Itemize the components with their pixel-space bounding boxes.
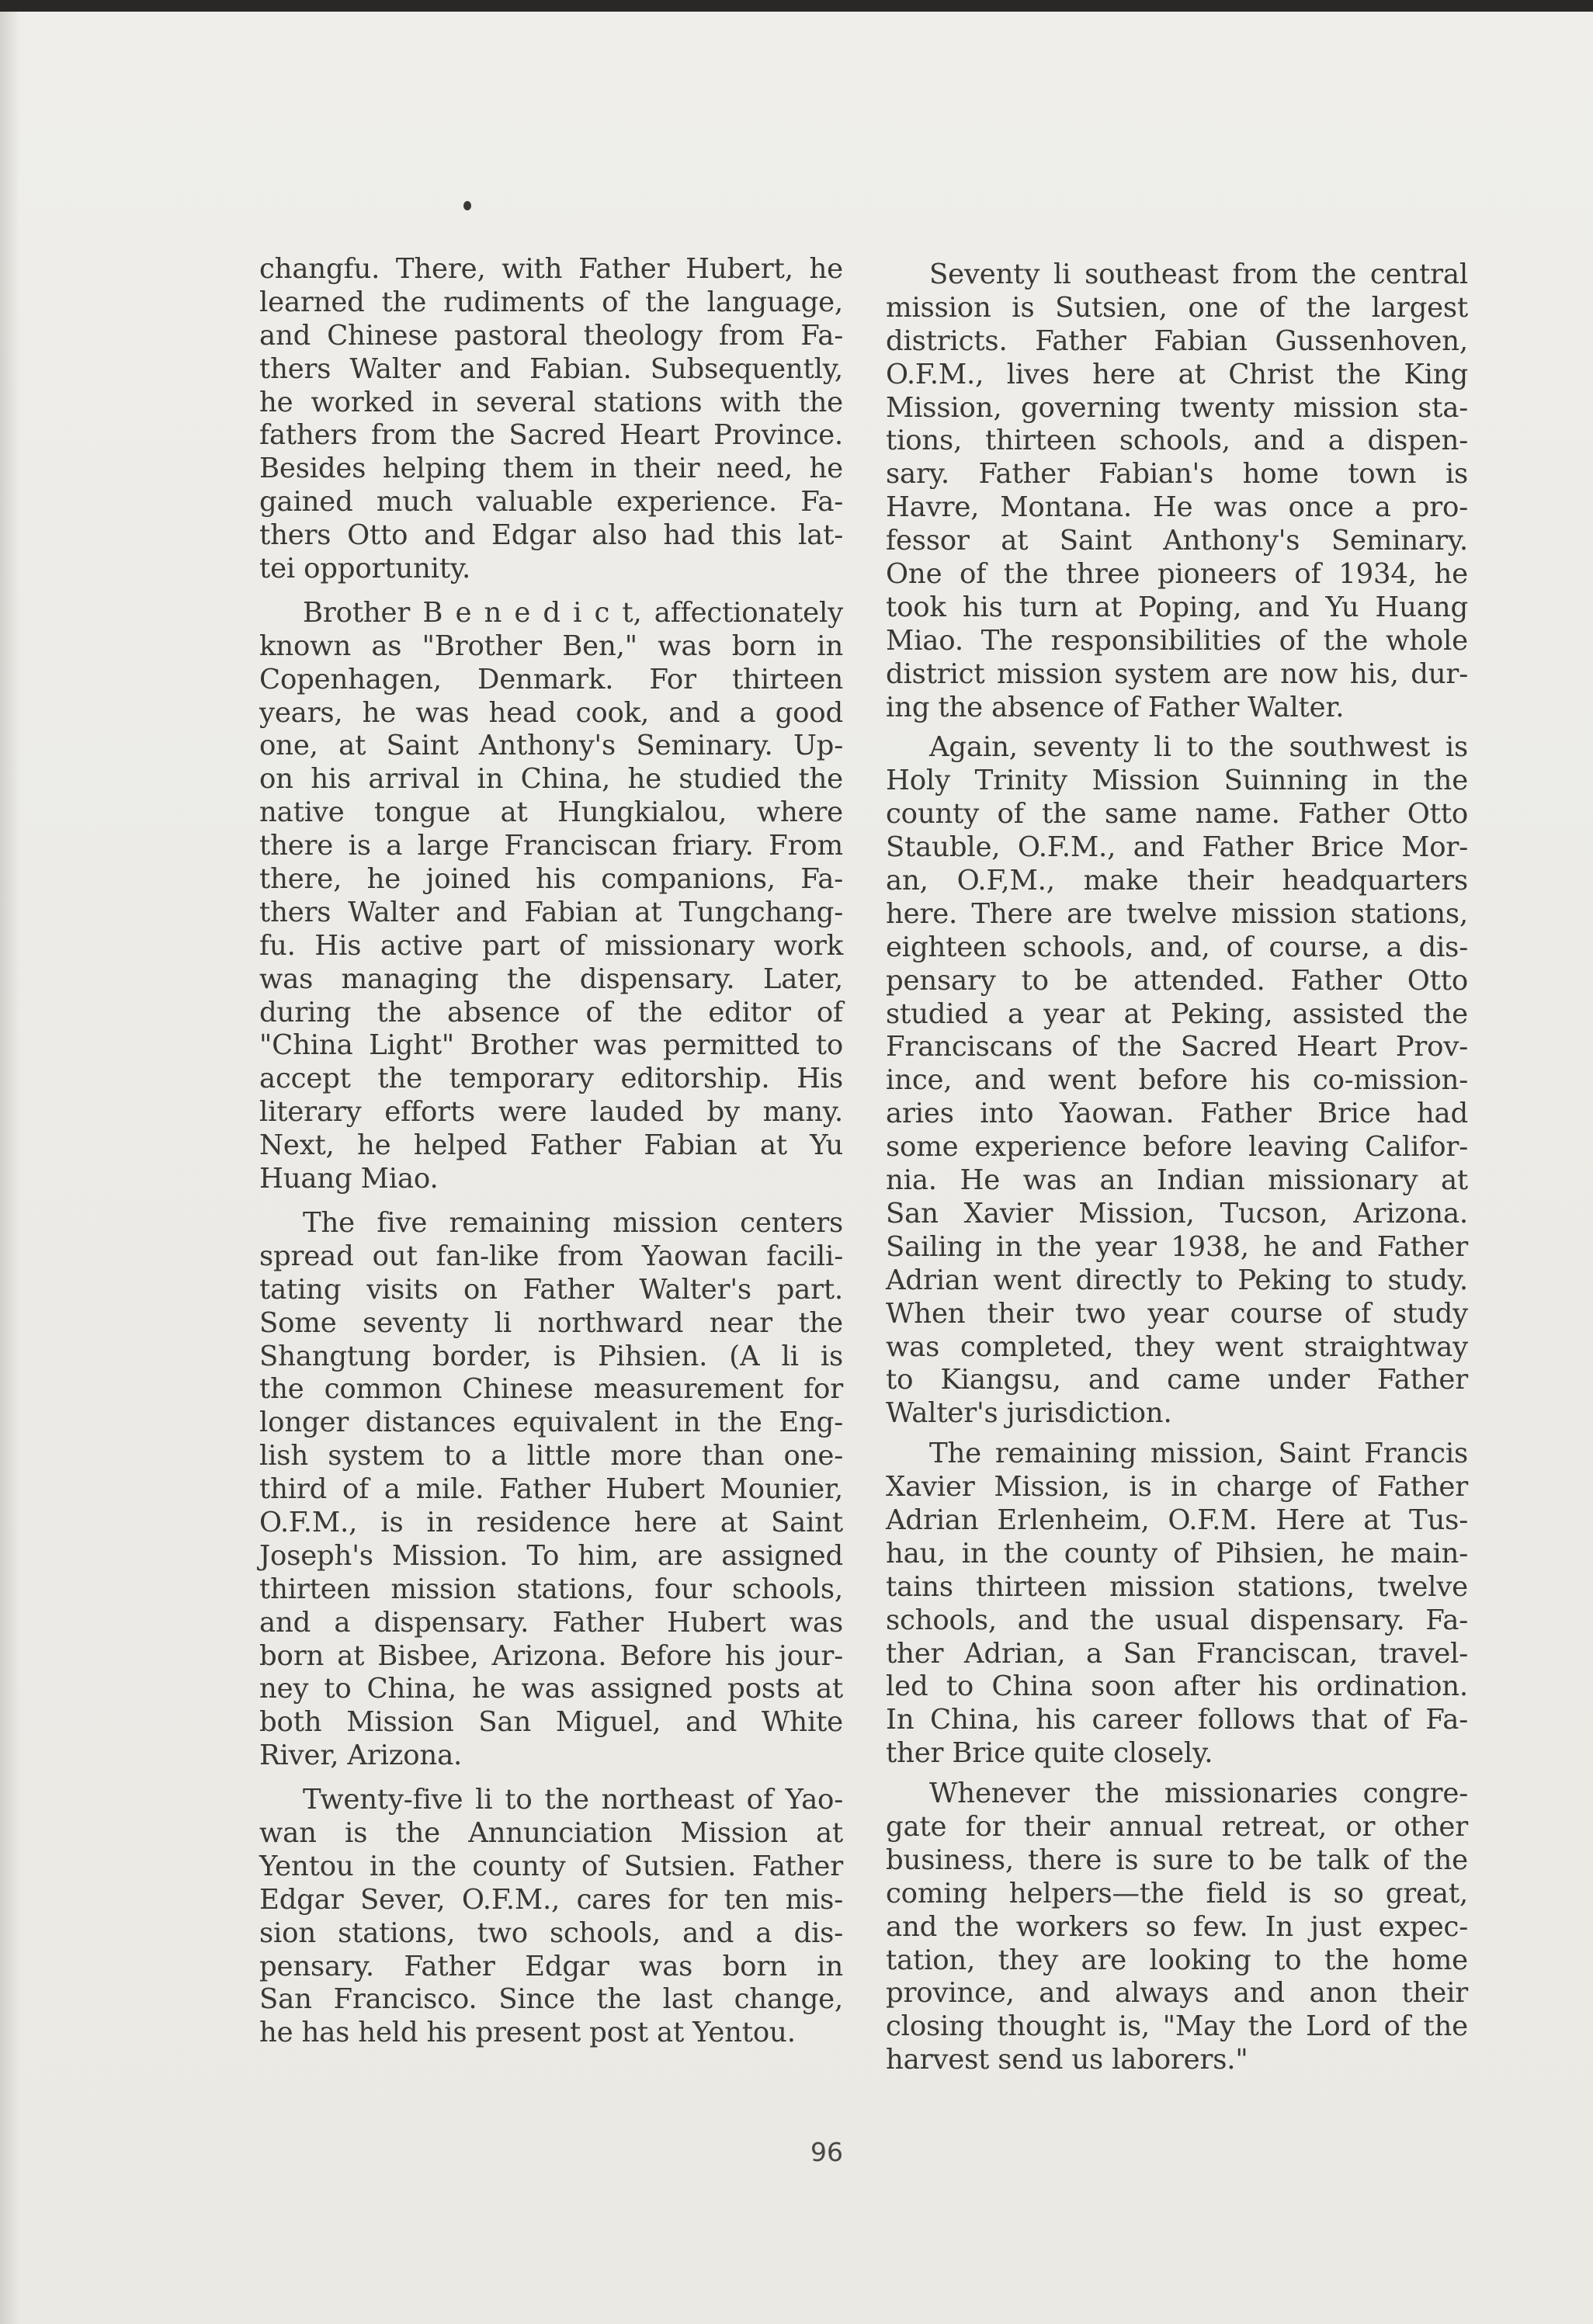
text-line: tation, they are looking to the home [886,1944,1468,1978]
text-line: mission is Sutsien, one of the largest [886,292,1468,325]
text-line: Sailing in the year 1938, he and Father [886,1231,1468,1264]
text-line: tating visits on Father Walter's part. [259,1274,843,1307]
text-line: Next, he helped Father Fabian at Yu [259,1129,843,1163]
text-line: one, at Saint Anthony's Seminary. Up- [259,730,843,763]
text-line: nia. He was an Indian missionary at [886,1164,1468,1198]
text-line: Adrian Erlenheim, O.F.M. Here at Tus- [886,1504,1468,1538]
text-line: Seventy li southeast from the central [886,258,1468,292]
text-line: on his arrival in China, he studied the [259,763,843,796]
text-line: business, there is sure to be talk of th… [886,1844,1468,1878]
text-line: San Xavier Mission, Tucson, Arizona. [886,1198,1468,1231]
text-line: Havre, Montana. He was once a pro- [886,491,1468,525]
text-line: thirteen mission stations, four schools, [259,1573,843,1607]
text-line: gate for their annual retreat, or other [886,1811,1468,1844]
text-line: Twenty-five li to the northeast of Yao- [259,1784,843,1817]
text-line: an, O.F,M., make their headquarters [886,865,1468,898]
text-line: In China, his career follows that of Fa- [886,1704,1468,1737]
text-line: Adrian went directly to Peking to study. [886,1264,1468,1298]
text-line: tains thirteen mission stations, twelve [886,1571,1468,1604]
text-line: O.F.M., is in residence here at Saint [259,1507,843,1540]
text-line: there is a large Franciscan friary. From [259,830,843,863]
text-line: led to China soon after his ordination. [886,1670,1468,1704]
text-line: coming helpers—the field is so great, [886,1878,1468,1911]
right-column: Seventy li southeast from the centralmis… [886,258,1468,2084]
text-line: gained much valuable experience. Fa- [259,486,843,519]
text-line: Besides helping them in their need, he [259,453,843,486]
text-line: known as "Brother Ben," was born in [259,630,843,664]
text-line: there, he joined his companions, Fa- [259,863,843,897]
text-line: ing the absence of Father Walter. [886,692,1468,725]
text-line: district mission system are now his, dur… [886,658,1468,692]
text-line: ince, and went before his co-mission- [886,1064,1468,1098]
text-line: thers Otto and Edgar also had this lat- [259,519,843,553]
text-line: O.F.M., lives here at Christ the King [886,359,1468,392]
text-line: was completed, they went straightway [886,1331,1468,1365]
scan-top-edge [0,0,1593,12]
text-line: fathers from the Sacred Heart Province. [259,419,843,453]
text-line: The remaining mission, Saint Francis [886,1438,1468,1471]
paragraph: Whenever the missionaries congre-gate fo… [886,1778,1468,2077]
text-line: Miao. The responsibilities of the whole [886,625,1468,658]
text-line: and the workers so few. In just expec- [886,1911,1468,1944]
text-line: sary. Father Fabian's home town is [886,458,1468,491]
text-line: Again, seventy li to the southwest is [886,731,1468,765]
text-line: to Kiangsu, and came under Father [886,1364,1468,1397]
text-line: during the absence of the editor of [259,997,843,1030]
paragraph: Again, seventy li to the southwest isHol… [886,731,1468,1431]
text-line: Xavier Mission, is in charge of Father [886,1471,1468,1504]
text-line: When their two year course of study [886,1298,1468,1331]
text-line: longer distances equivalent in the Eng- [259,1407,843,1440]
text-line: literary efforts were lauded by many. [259,1096,843,1129]
paragraph: Brother B e n e d i c t, affectionatelyk… [259,597,843,1196]
text-line: years, he was head cook, and a good [259,697,843,730]
ink-speck [463,201,471,210]
text-line: ther Brice quite closely. [886,1737,1468,1771]
text-line: Walter's jurisdiction. [886,1397,1468,1431]
text-line: and Chinese pastoral theology from Fa- [259,320,843,353]
text-line: he worked in several stations with the [259,387,843,420]
text-line: ney to China, he was assigned posts at [259,1673,843,1706]
text-line: province, and always and anon their [886,1977,1468,2010]
text-line: both Mission San Miguel, and White [259,1706,843,1740]
text-line: tei opportunity. [259,553,843,586]
text-line: changfu. There, with Father Hubert, he [259,253,843,286]
text-line: fu. His active part of missionary work [259,930,843,963]
text-line: thers Walter and Fabian at Tungchang- [259,897,843,930]
text-line: was managing the dispensary. Later, [259,963,843,997]
text-line: some experience before leaving Califor- [886,1131,1468,1164]
text-line: sion stations, two schools, and a dis- [259,1917,843,1951]
text-line: Edgar Sever, O.F.M., cares for ten mis- [259,1884,843,1917]
text-line: studied a year at Peking, assisted the [886,998,1468,1032]
text-line: "China Light" Brother was permitted to [259,1029,843,1063]
text-line: Shangtung border, is Pihsien. (A li is [259,1341,843,1374]
paragraph: Seventy li southeast from the centralmis… [886,258,1468,724]
text-line: Some seventy li northward near the [259,1307,843,1341]
text-line: closing thought is, "May the Lord of the [886,2010,1468,2044]
text-line: the common Chinese measurement for [259,1373,843,1407]
text-line: eighteen schools, and, of course, a dis- [886,931,1468,965]
paragraph: changfu. There, with Father Hubert, hele… [259,253,843,586]
text-line: River, Arizona. [259,1740,843,1773]
page-number: 96 [810,2137,843,2167]
text-line: One of the three pioneers of 1934, he [886,558,1468,591]
text-line: Yentou in the county of Sutsien. Father [259,1851,843,1884]
text-line: thers Walter and Fabian. Subsequently, [259,353,843,387]
paragraph: The remaining mission, Saint FrancisXavi… [886,1438,1468,1771]
page-gutter-shadow [0,12,20,2324]
text-line: pensary to be attended. Father Otto [886,965,1468,998]
text-line: spread out fan-like from Yaowan facili- [259,1240,843,1274]
text-line: Franciscans of the Sacred Heart Prov- [886,1031,1468,1064]
text-line: Mission, governing twenty mission sta- [886,392,1468,425]
text-line: native tongue at Hungkialou, where [259,796,843,830]
text-line: hau, in the county of Pihsien, he main- [886,1538,1468,1571]
text-line: he has held his present post at Yentou. [259,2017,843,2050]
text-line: Huang Miao. [259,1163,843,1196]
text-line: wan is the Annunciation Mission at [259,1817,843,1851]
text-line: learned the rudiments of the language, [259,286,843,320]
text-line: fessor at Saint Anthony's Seminary. [886,525,1468,558]
paragraph: The five remaining mission centersspread… [259,1207,843,1773]
left-column: changfu. There, with Father Hubert, hele… [259,253,843,2061]
text-line: born at Bisbee, Arizona. Before his jour… [259,1640,843,1674]
text-line: third of a mile. Father Hubert Mounier, [259,1473,843,1507]
text-line: Holy Trinity Mission Suinning in the [886,765,1468,798]
text-line: here. There are twelve mission stations, [886,898,1468,931]
text-line: and a dispensary. Father Hubert was [259,1607,843,1640]
text-line: San Francisco. Since the last change, [259,1983,843,2017]
text-line: lish system to a little more than one- [259,1440,843,1473]
text-line: accept the temporary editorship. His [259,1063,843,1096]
text-line: pensary. Father Edgar was born in [259,1951,843,1984]
text-line: Stauble, O.F.M., and Father Brice Mor- [886,831,1468,865]
text-line: tions, thirteen schools, and a dispen- [886,425,1468,458]
text-line: ther Adrian, a San Franciscan, travel- [886,1638,1468,1671]
text-line: county of the same name. Father Otto [886,798,1468,831]
text-line: schools, and the usual dispensary. Fa- [886,1604,1468,1638]
text-line: Copenhagen, Denmark. For thirteen [259,664,843,697]
text-line: districts. Father Fabian Gussenhoven, [886,325,1468,359]
text-line: Brother B e n e d i c t, affectionately [259,597,843,630]
text-line: Joseph's Mission. To him, are assigned [259,1540,843,1573]
paragraph: Twenty-five li to the northeast of Yao-w… [259,1784,843,2050]
text-line: Whenever the missionaries congre- [886,1778,1468,1811]
text-line: The five remaining mission centers [259,1207,843,1240]
text-line: aries into Yaowan. Father Brice had [886,1098,1468,1131]
text-line: harvest send us laborers." [886,2044,1468,2077]
text-line: took his turn at Poping, and Yu Huang [886,591,1468,625]
